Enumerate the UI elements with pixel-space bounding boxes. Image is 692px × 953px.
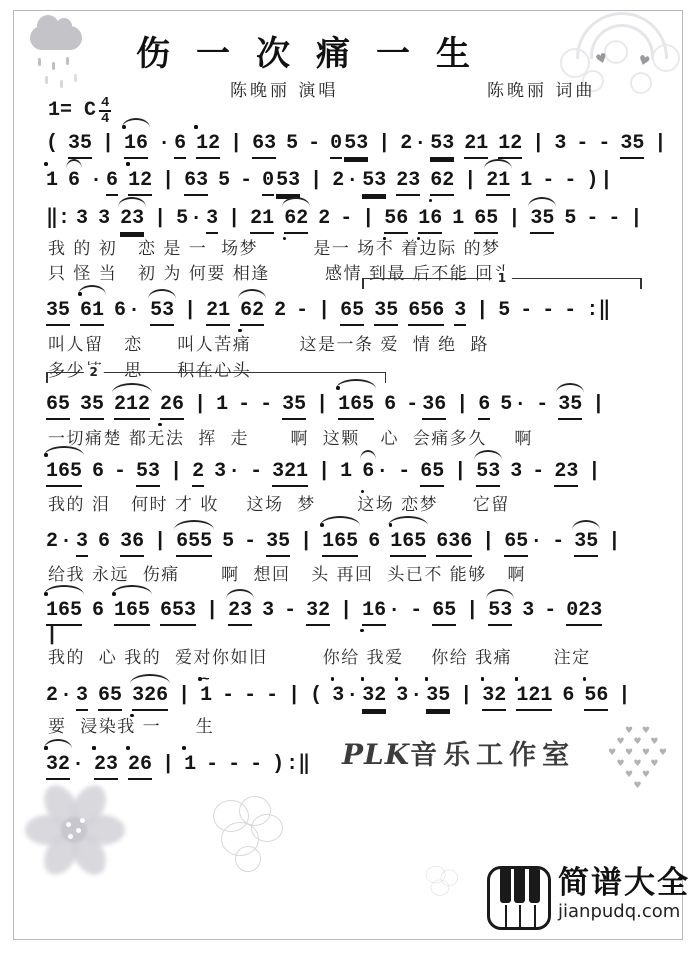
note-token: 56 xyxy=(584,683,608,711)
slur-arc xyxy=(320,516,360,526)
slur-arc xyxy=(474,450,502,460)
note-token: - xyxy=(238,392,250,418)
note-token: - xyxy=(536,392,548,418)
note-token: :‖ xyxy=(286,752,310,778)
note-token: - xyxy=(296,298,308,324)
note-token: 2 xyxy=(318,206,330,232)
note-token: 1~ xyxy=(200,683,212,709)
note-token: 21 xyxy=(250,206,274,234)
note-token: 35 xyxy=(620,131,644,159)
sketch-flower-decoration xyxy=(195,790,295,890)
note-token: | xyxy=(318,298,330,324)
note-token: 35 xyxy=(68,131,92,159)
note-token: 321 xyxy=(272,459,308,487)
lyrics-line: 一切痛楚 都无法 挥 走 啊 这颗 心 会痛多久 啊 xyxy=(48,424,533,449)
flower-dot xyxy=(66,822,71,827)
octave-dot-above xyxy=(182,746,186,750)
piano-keys-icon xyxy=(487,866,551,930)
slur-arc xyxy=(118,197,146,207)
note-token: · xyxy=(60,683,72,709)
note-token: 12 xyxy=(196,131,220,159)
note-token: 2 xyxy=(400,131,412,157)
note-token: 3 xyxy=(98,206,110,232)
octave-dot-above xyxy=(126,746,130,750)
note-token: 3 xyxy=(206,206,218,234)
note-token: 023 xyxy=(566,598,602,626)
note-token: 3 xyxy=(262,598,274,624)
note-token: 2 xyxy=(46,529,58,555)
note-token: | xyxy=(618,683,630,709)
note-token: | xyxy=(454,459,466,485)
note-token: - xyxy=(608,206,620,232)
slur-arc xyxy=(112,585,152,595)
note-token: 65 xyxy=(46,392,70,420)
raindrop-icon xyxy=(74,74,77,82)
note-token: - xyxy=(266,683,278,709)
note-token: - xyxy=(284,598,296,624)
note-token: - xyxy=(586,206,598,232)
slur-arc xyxy=(484,159,512,169)
octave-dot-above xyxy=(126,162,130,166)
note-token: ( xyxy=(310,683,322,709)
slur-arc xyxy=(66,159,82,169)
note-token: - xyxy=(542,168,554,194)
note-token: - xyxy=(260,392,272,418)
score-system: 1656165653|233-32|16·-65|533-023|我的 心 我的… xyxy=(46,598,654,626)
note-token: 26 xyxy=(128,752,152,780)
note-token: - xyxy=(520,298,532,324)
octave-dot-below xyxy=(429,199,433,203)
note-token: 165 xyxy=(114,598,150,626)
note-token: | xyxy=(362,206,374,232)
song-title: 伤一次痛一生 xyxy=(0,26,632,75)
sketch-petal xyxy=(235,846,261,872)
note-token: · xyxy=(376,459,388,485)
note-token: | xyxy=(170,459,182,485)
note-token: · xyxy=(158,131,170,157)
notation-line: 1656-53|23·-321|16·-65|533-23| xyxy=(46,459,654,487)
site-domain: jianpudq.com xyxy=(558,901,690,922)
note-token: | xyxy=(482,529,494,555)
note-token: | xyxy=(508,206,520,232)
note-token: 35 xyxy=(374,298,398,326)
black-key xyxy=(500,869,511,903)
note-token: 165 xyxy=(390,529,426,557)
lyrics-line: 我的 心 我的 爱对你如旧 你给 我爱 你给 我痛 注定 xyxy=(48,643,591,668)
slur-arc xyxy=(112,383,152,393)
hearts-decoration: ♥ ♥ ♥ ♥ ♥ ♥ ♥ ♥ ♥ ♥ ♥ ♥ ♥ ♥ ♥ xyxy=(598,726,680,792)
lyrics-line: 我的 泪 何时 才 收 这场 梦 这场 恋梦 它留 xyxy=(48,490,510,515)
score-system: 2·3636|6555-35|1656165636|65·-35|给我 永远 伤… xyxy=(46,529,654,557)
note-token: 121 xyxy=(516,683,552,711)
note-token: 26 xyxy=(160,392,184,420)
note-token: | xyxy=(456,392,468,418)
note-token: - xyxy=(244,683,256,709)
note-token: | xyxy=(162,752,174,778)
slur-arc xyxy=(78,285,106,295)
note-token: 6 xyxy=(478,392,490,420)
note-token: | xyxy=(592,392,604,418)
note-token: 1 xyxy=(216,392,228,418)
note-token: | xyxy=(288,683,300,709)
site-logo-text: 简谱大全 jianpudq.com xyxy=(558,866,690,922)
note-token: - xyxy=(340,206,352,232)
note-token: 56 xyxy=(384,206,408,234)
note-token: - xyxy=(244,529,256,555)
note-token: - xyxy=(308,131,320,157)
note-token: · xyxy=(60,529,72,555)
note-token: | xyxy=(300,529,312,555)
note-token: 3 xyxy=(554,131,566,157)
note-token: | xyxy=(460,683,472,709)
octave-dot-above xyxy=(481,677,485,681)
note-token: 5 xyxy=(218,168,230,194)
slur-arc xyxy=(238,289,266,299)
note-token: 6 xyxy=(68,168,80,194)
note-token: | xyxy=(316,392,328,418)
slur-arc xyxy=(148,289,176,299)
note-token: 5 xyxy=(498,298,510,324)
note-token: | xyxy=(184,298,196,324)
time-signature: 44 xyxy=(99,96,111,126)
note-token: 21 xyxy=(486,168,510,196)
notation-line: 653521226|1--35|1656-36|65·-35|2 xyxy=(46,392,654,420)
note-token: 3 xyxy=(76,206,88,232)
note-token: - xyxy=(240,168,252,194)
note-token: 6 xyxy=(362,459,374,485)
note-token: · xyxy=(228,459,240,485)
note-token: 23 xyxy=(554,459,578,487)
notation-line: 35616·53|21622-|65356563|5---:‖1 xyxy=(46,298,654,326)
note-token: | xyxy=(464,168,476,194)
note-token: 1 xyxy=(452,206,464,232)
note-token: - xyxy=(576,131,588,157)
note-token: 35 xyxy=(530,206,554,234)
note-token: 36 xyxy=(422,392,446,420)
note-token: - xyxy=(564,298,576,324)
note-token: - xyxy=(250,459,262,485)
note-token: | xyxy=(178,683,190,709)
note-token: | xyxy=(654,131,666,157)
octave-dot-above xyxy=(92,746,96,750)
flower-dot xyxy=(68,834,73,839)
note-token: | xyxy=(318,459,330,485)
black-key xyxy=(529,869,540,903)
note-token: 32 xyxy=(46,752,70,780)
lyrics-line: 给我 永远 伤痛 啊 想回 头 再回 头已不 能够 啊 xyxy=(48,560,526,585)
note-token: 636 xyxy=(436,529,472,557)
note-token: 656 xyxy=(408,298,444,326)
note-token: 6 xyxy=(562,683,574,709)
note-token: ) xyxy=(586,168,598,194)
slur-arc xyxy=(130,674,170,684)
octave-dot-above xyxy=(425,677,429,681)
lyrics-line: 我 的 初 恋 是 一 场梦 是一 场不 着边际 的梦 xyxy=(48,234,501,259)
white-key-divider xyxy=(505,905,507,927)
note-token: 3 xyxy=(396,683,408,709)
note-token: 1 xyxy=(46,168,58,194)
score-system: 16·612|635-053|2·532362|211--)| xyxy=(46,168,654,196)
note-token: | xyxy=(378,131,390,157)
flower-ring-icon xyxy=(652,44,680,72)
note-token: - xyxy=(544,598,556,624)
note-token: - xyxy=(206,752,218,778)
note-token: 53 xyxy=(276,168,300,196)
note-token: · xyxy=(72,752,84,778)
note-token: - xyxy=(406,392,418,418)
note-token: 3 xyxy=(454,298,466,326)
note-token: | xyxy=(206,598,218,624)
note-token: 212 xyxy=(114,392,150,420)
note-token: | xyxy=(600,168,612,194)
note-token: 3 xyxy=(510,459,522,485)
note-token: 53 xyxy=(150,298,174,326)
white-key-divider xyxy=(519,905,521,927)
note-token: 2 xyxy=(192,459,204,487)
note-token: | xyxy=(194,392,206,418)
note-token: | xyxy=(588,459,600,485)
note-token: 32 xyxy=(306,598,330,626)
note-token: 1 xyxy=(520,168,532,194)
meter-numerator: 4 xyxy=(99,96,111,112)
note-token: 5 xyxy=(222,529,234,555)
note-token: 3 xyxy=(76,529,88,557)
slur-arc xyxy=(360,450,376,460)
note-token: · xyxy=(514,392,526,418)
lyrics-line: 要 浸染我 一 生 xyxy=(48,712,214,737)
note-token: 165 xyxy=(338,392,374,420)
score-system: 35616·53|21622-|65356563|5---:‖1叫人留 恋 叫人… xyxy=(46,298,654,326)
note-token: 32 xyxy=(362,683,386,711)
note-token: 653 xyxy=(160,598,196,626)
note-token: 35 xyxy=(80,392,104,420)
octave-dot-above xyxy=(583,677,587,681)
note-token: 16 xyxy=(362,598,386,626)
flower-ring-icon xyxy=(630,72,652,94)
note-token: - xyxy=(542,298,554,324)
note-token: - xyxy=(410,598,422,624)
note-token: 65 xyxy=(340,298,364,326)
note-token: 0 xyxy=(262,168,274,196)
note-token: 1 xyxy=(184,752,196,778)
slur-arc xyxy=(174,520,214,530)
note-token: - xyxy=(114,459,126,485)
sketch-petal xyxy=(431,880,450,896)
small-sketch-flower-decoration xyxy=(417,861,479,923)
ending-number: 2 xyxy=(83,365,103,379)
note-token: 65 xyxy=(432,598,456,626)
note-token: 5 xyxy=(500,392,512,418)
note-token: 53 xyxy=(430,131,454,159)
note-token: 2 xyxy=(332,168,344,194)
note-token: 53 xyxy=(488,598,512,626)
note-token: 65 xyxy=(98,683,122,711)
note-token: 21 xyxy=(206,298,230,326)
note-token: 5 xyxy=(564,206,576,232)
notation-line: 2·365326|1~---|(3·323·35|32121656| xyxy=(46,683,654,711)
slur-arc xyxy=(122,118,150,128)
ending-bracket: 1 xyxy=(362,278,642,290)
note-token: 16 xyxy=(418,206,442,234)
note-token: · xyxy=(410,683,422,709)
key-signature: 1= C44 xyxy=(48,96,111,126)
score-system: 2·365326|1~---|(3·323·35|32121656|要 浸染我 … xyxy=(46,683,654,711)
slur-arc xyxy=(282,197,310,207)
note-token: - xyxy=(564,168,576,194)
raindrop-icon xyxy=(60,80,63,88)
note-token: 23 xyxy=(228,598,252,626)
note-token: | xyxy=(466,598,478,624)
note-token: | xyxy=(154,529,166,555)
flower-dot xyxy=(76,828,81,833)
note-token: 5 xyxy=(176,206,188,232)
note-token: | xyxy=(230,131,242,157)
note-token: · xyxy=(388,598,400,624)
octave-dot-above xyxy=(331,677,335,681)
note-token: 165 xyxy=(46,598,82,626)
composer-credit: 陈晚丽 词曲 xyxy=(487,76,595,101)
note-token: | xyxy=(102,131,114,157)
note-token: · xyxy=(346,168,358,194)
note-token: 53 xyxy=(136,459,160,487)
watermark-cjk: 音乐工作室 xyxy=(410,740,575,771)
trill-mark: ~ xyxy=(201,667,208,693)
note-token: - xyxy=(552,529,564,555)
slur-arc xyxy=(572,520,600,530)
ending-bracket: 2 xyxy=(46,372,386,384)
octave-dot-above xyxy=(515,677,519,681)
note-token: · xyxy=(530,529,542,555)
note-token: 6 xyxy=(92,459,104,485)
note-token: | xyxy=(162,168,174,194)
notation-line: 2·3636|6555-35|1656165636|65·-35| xyxy=(46,529,654,557)
note-token: 62 xyxy=(430,168,454,196)
note-token: 23 xyxy=(120,206,144,234)
meter-denominator: 4 xyxy=(99,112,111,126)
notation-line: (35|16·612|635-053|2·532112|3--35| xyxy=(46,131,654,159)
note-token: 36 xyxy=(120,529,144,557)
note-token: 35 xyxy=(282,392,306,420)
notation-line: 16·612|635-053|2·532362|211--)| xyxy=(46,168,654,196)
note-token: 5 xyxy=(286,131,298,157)
octave-dot-above xyxy=(194,125,198,129)
note-token: · xyxy=(414,131,426,157)
note-token: · xyxy=(346,683,358,709)
note-token: | xyxy=(340,598,352,624)
performer-credit: 陈晚丽 演唱 xyxy=(230,76,338,101)
note-token: 63 xyxy=(252,131,276,159)
note-token: · xyxy=(90,168,102,194)
note-token: 326 xyxy=(132,683,168,711)
note-token: 32 xyxy=(482,683,506,711)
note-token: 35 xyxy=(574,529,598,557)
flower-dot xyxy=(80,818,85,823)
note-token: 12 xyxy=(128,168,152,196)
note-token: | xyxy=(532,131,544,157)
note-token: 6 xyxy=(174,131,186,159)
slur-arc xyxy=(556,383,584,393)
slur-arc xyxy=(44,585,84,595)
raindrop-icon xyxy=(45,76,48,84)
lyrics-line: 叫人留 恋 叫人苦痛 这是一条 爱 情 绝 路 xyxy=(48,330,489,355)
note-token: - xyxy=(250,752,262,778)
note-token: 65 xyxy=(420,459,444,487)
note-token: 23 xyxy=(396,168,420,196)
bow-icon: ♥ xyxy=(636,53,651,71)
note-token: 65 xyxy=(504,529,528,557)
note-token: 53 xyxy=(362,168,386,196)
white-key-divider xyxy=(534,905,536,927)
note-token: - xyxy=(598,131,610,157)
note-token: 165 xyxy=(46,459,82,487)
note-token: 53 xyxy=(344,131,368,159)
score-system: ‖:3323|5·3|21622-|5616165|355--|我 的 初 恋 … xyxy=(46,206,654,234)
note-token: 3 xyxy=(522,598,534,624)
note-token: · xyxy=(190,206,202,232)
note-token: ‖: xyxy=(46,206,70,232)
note-token: | xyxy=(630,206,642,232)
note-token: - xyxy=(532,459,544,485)
note-token: 35 xyxy=(266,529,290,557)
note-token: 6 xyxy=(106,168,118,196)
note-token: 65 xyxy=(474,206,498,234)
note-token: 12 xyxy=(498,131,522,159)
note-token: - xyxy=(222,683,234,709)
note-token: - xyxy=(398,459,410,485)
note-token: 6 xyxy=(92,598,104,624)
ending-number: 1 xyxy=(492,271,512,285)
note-token: 6 xyxy=(98,529,110,555)
note-token: 6 xyxy=(384,392,396,418)
score-system: 653521226|1--35|1656-36|65·-35|2一切痛楚 都无法… xyxy=(46,392,654,420)
octave-dot-above xyxy=(44,162,48,166)
score-system: (35|16·612|635-053|2·532112|3--35| xyxy=(46,131,654,159)
studio-watermark: PLK音乐工作室 xyxy=(342,733,575,772)
key-prefix: 1= C xyxy=(48,99,96,122)
site-logo: 简谱大全 jianpudq.com xyxy=(487,866,690,930)
notation-line: 1656165653|233-32|16·-65|533-023 xyxy=(46,598,654,626)
slur-arc xyxy=(226,589,254,599)
slur-arc xyxy=(44,739,72,749)
note-token: ) xyxy=(272,752,284,778)
note-token: 0 xyxy=(330,131,342,159)
note-token: | xyxy=(310,168,322,194)
note-token: 23 xyxy=(94,752,118,780)
note-token: 6 xyxy=(368,529,380,555)
slur-arc xyxy=(388,516,428,526)
note-token: 3 xyxy=(76,683,88,711)
note-token: 165 xyxy=(322,529,358,557)
watermark-latin: PLK xyxy=(342,738,410,771)
slur-arc xyxy=(528,197,556,207)
note-token: 3 xyxy=(332,683,344,709)
note-token: ( xyxy=(46,131,58,157)
note-token: - xyxy=(228,752,240,778)
note-token: 62 xyxy=(240,298,264,326)
notation-line: ‖:3323|5·3|21622-|5616165|355--| xyxy=(46,206,654,234)
note-token: 655 xyxy=(176,529,212,557)
note-token: 35 xyxy=(426,683,450,711)
note-token: 63 xyxy=(184,168,208,196)
note-token: :‖ xyxy=(586,298,610,324)
note-token: 2 xyxy=(46,683,58,709)
note-token: | xyxy=(228,206,240,232)
note-token: 2 xyxy=(274,298,286,324)
soft-flower-decoration xyxy=(22,778,126,882)
note-token: 61 xyxy=(80,298,104,326)
note-token: | xyxy=(476,298,488,324)
octave-dot-above xyxy=(395,677,399,681)
